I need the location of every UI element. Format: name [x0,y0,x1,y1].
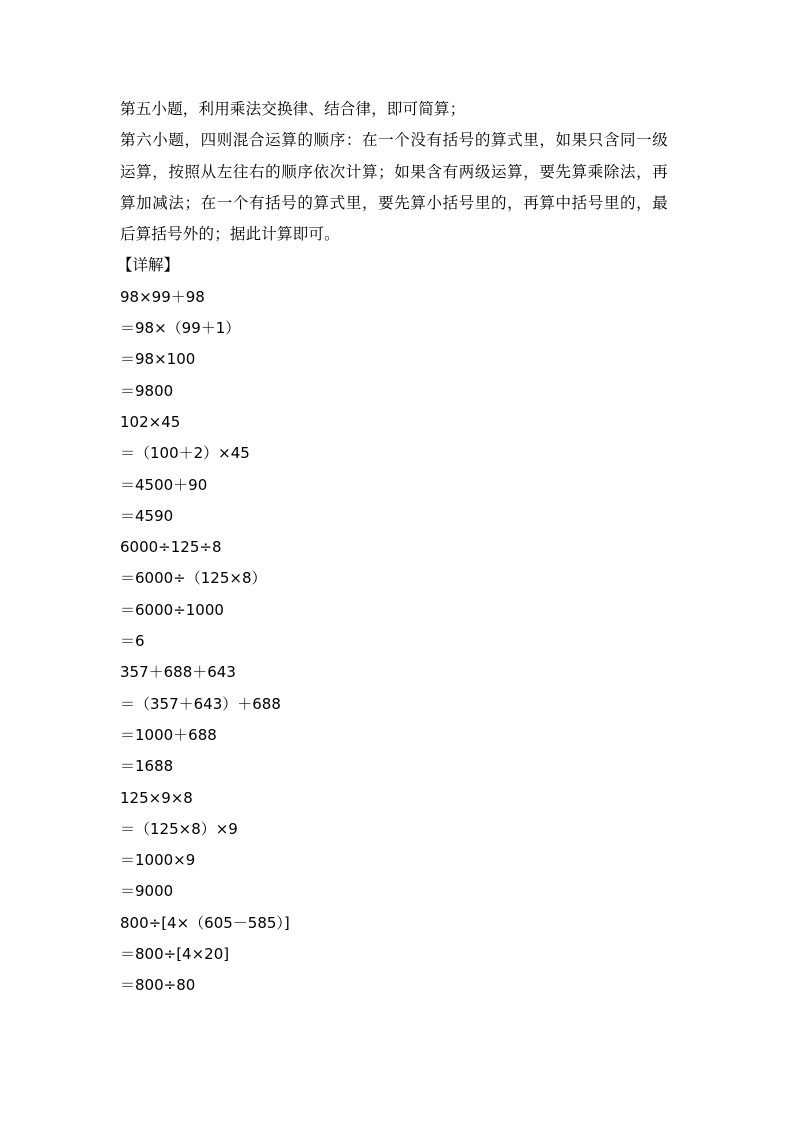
calculation-4: 357＋688＋643 ＝（357＋643）＋688 ＝1000＋688 ＝16… [120,657,668,782]
calc-line: ＝（125×8）×9 [120,814,668,845]
calculation-6: 800÷[4×（605－585）] ＝800÷[4×20] ＝800÷80 [120,908,668,1002]
calc-line: ＝800÷80 [120,970,668,1001]
calc-line: ＝800÷[4×20] [120,939,668,970]
calculation-1: 98×99＋98 ＝98×（99＋1） ＝98×100 ＝9800 [120,282,668,407]
calc-line: ＝98×（99＋1） [120,313,668,344]
calculation-3: 6000÷125÷8 ＝6000÷（125×8） ＝6000÷1000 ＝6 [120,532,668,657]
calc-line: 6000÷125÷8 [120,532,668,563]
calc-line: 98×99＋98 [120,282,668,313]
explanation-part6: 第六小题，四则混合运算的顺序：在一个没有括号的算式里，如果只含同一级运算，按照从… [120,125,668,250]
calc-line: ＝6000÷1000 [120,595,668,626]
calc-line: ＝6 [120,626,668,657]
calc-line: 102×45 [120,407,668,438]
calculation-5: 125×9×8 ＝（125×8）×9 ＝1000×9 ＝9000 [120,783,668,908]
calc-line: ＝98×100 [120,344,668,375]
calc-line: 800÷[4×（605－585）] [120,908,668,939]
calc-line: 125×9×8 [120,783,668,814]
calc-line: ＝4500＋90 [120,470,668,501]
calc-line: ＝9800 [120,376,668,407]
calc-line: 357＋688＋643 [120,657,668,688]
calc-line: ＝（100＋2）×45 [120,438,668,469]
calc-line: ＝1688 [120,751,668,782]
solution-heading: 【详解】 [117,250,668,281]
calculation-2: 102×45 ＝（100＋2）×45 ＝4500＋90 ＝4590 [120,407,668,532]
calc-line: ＝1000＋688 [120,720,668,751]
calc-line: ＝（357＋643）＋688 [120,689,668,720]
document-page: 第五小题，利用乘法交换律、结合律，即可简算； 第六小题，四则混合运算的顺序：在一… [120,94,668,1002]
calc-line: ＝4590 [120,501,668,532]
explanation-part5: 第五小题，利用乘法交换律、结合律，即可简算； [120,94,668,125]
calc-line: ＝1000×9 [120,845,668,876]
calc-line: ＝6000÷（125×8） [120,563,668,594]
calc-line: ＝9000 [120,876,668,907]
